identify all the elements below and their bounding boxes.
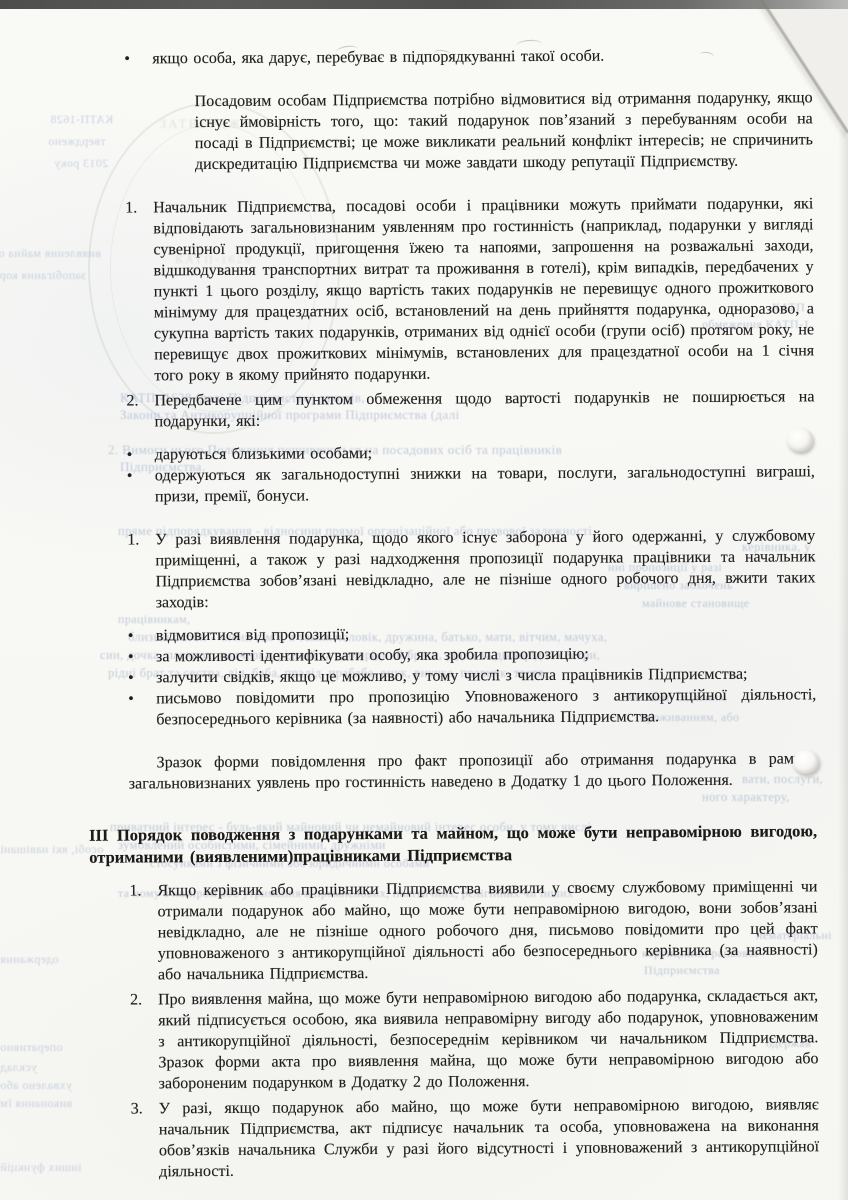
bullet-marker: • [126, 646, 156, 667]
bleedthrough-text: одержання [0, 952, 59, 967]
list-number: 2. [126, 390, 154, 432]
list-number: 2. [130, 989, 159, 1094]
bleedthrough-text: тверджено [48, 134, 106, 149]
gift-rules-list: 1. Начальник Підприємства, посадові особ… [119, 193, 814, 432]
exception-bullet-list: • даруються близькими особами; • одержую… [121, 440, 815, 507]
list-item-text: Якщо керівник або працівники Підприємств… [157, 876, 818, 985]
list-item: 1. Начальник Підприємства, посадові особ… [125, 193, 814, 386]
section3-list: 1. Якщо керівник або працівники Підприєм… [123, 876, 819, 1182]
page-edge-shadow [838, 130, 848, 1200]
list-item-text: У разі виявлення подарунка, щодо якого і… [155, 525, 816, 613]
scanned-document-page: ЗАТВЕРДЖУЮ КАТП-1628 КАТП-1628тверджено2… [0, 0, 848, 1200]
bleedthrough-text: оперативно [0, 1040, 63, 1055]
list-number: 3. [131, 1098, 160, 1182]
bleedthrough-text: 2013 року [54, 156, 108, 171]
list-item: • одержуються як загальнодоступні знижки… [125, 461, 815, 507]
intro-paragraph: Посадовим особам Підприємства потрібно в… [195, 87, 814, 175]
bullet-marker: • [125, 465, 155, 507]
bleedthrough-text: ухвалено або [0, 1078, 72, 1093]
list-item-text: Начальник Підприємства, посадові особи і… [153, 193, 814, 386]
bleedthrough-text: виявлення майна осіб [0, 246, 101, 261]
bleedthrough-text: виконання їм [0, 1096, 72, 1111]
list-number: 1. [129, 880, 158, 985]
bleedthrough-text: усклад [0, 1060, 37, 1075]
sample-form-note: Зразок форми повідомлення про факт пропо… [129, 748, 817, 794]
bullet-marker: • [126, 688, 156, 730]
list-item-text: У разі, якщо подарунок або майно, що мож… [159, 1094, 820, 1182]
list-item-text: одержуються як загальнодоступні знижки н… [155, 461, 815, 507]
list-item: 2. Про виявлення майна, що може бути неп… [130, 985, 819, 1094]
bleedthrough-text: КАТП-1628 [50, 112, 113, 127]
list-item: 1. У разі виявлення подарунка, щодо яког… [127, 525, 816, 613]
list-number: 1. [127, 529, 156, 613]
detection-rule-list: 1. У разі виявлення подарунка, щодо яког… [121, 525, 816, 613]
list-item-text: Передбачене цим пунктом обмеження щодо в… [154, 386, 814, 432]
bleedthrough-text: запобігання корупції [0, 268, 86, 283]
list-item: 1. Якщо керівник або працівники Підприєм… [129, 876, 818, 985]
list-item-text: письмово повідомити про пропозицію Уповн… [156, 684, 816, 730]
bullet-marker: • [126, 667, 156, 688]
bullet-marker: • [126, 625, 156, 646]
list-number: 1. [125, 197, 154, 386]
bullet-marker: • [125, 444, 155, 465]
scanner-edge-strip [0, 0, 848, 9]
list-item: 3. У разі, якщо подарунок або майно, що … [131, 1094, 820, 1182]
bleedthrough-text: особі, які навішані [0, 842, 103, 857]
list-item: • письмово повідомити про пропозицію Упо… [126, 684, 816, 730]
bleedthrough-text: інших функцій [0, 1160, 82, 1175]
bullet-marker: • [122, 48, 152, 69]
document-content: • якщо особа, яка дарує, перебуває в під… [118, 0, 819, 1187]
measures-bullet-list: • відмовитися від пропозиції; • за можли… [122, 621, 817, 730]
list-item: 2. Передбачене цим пунктом обмеження щод… [126, 386, 814, 432]
section3-heading: ІІІ Порядок поводження з подарунками та … [89, 820, 817, 868]
list-item-text: Про виявлення майна, що може бути неправ… [158, 985, 819, 1094]
